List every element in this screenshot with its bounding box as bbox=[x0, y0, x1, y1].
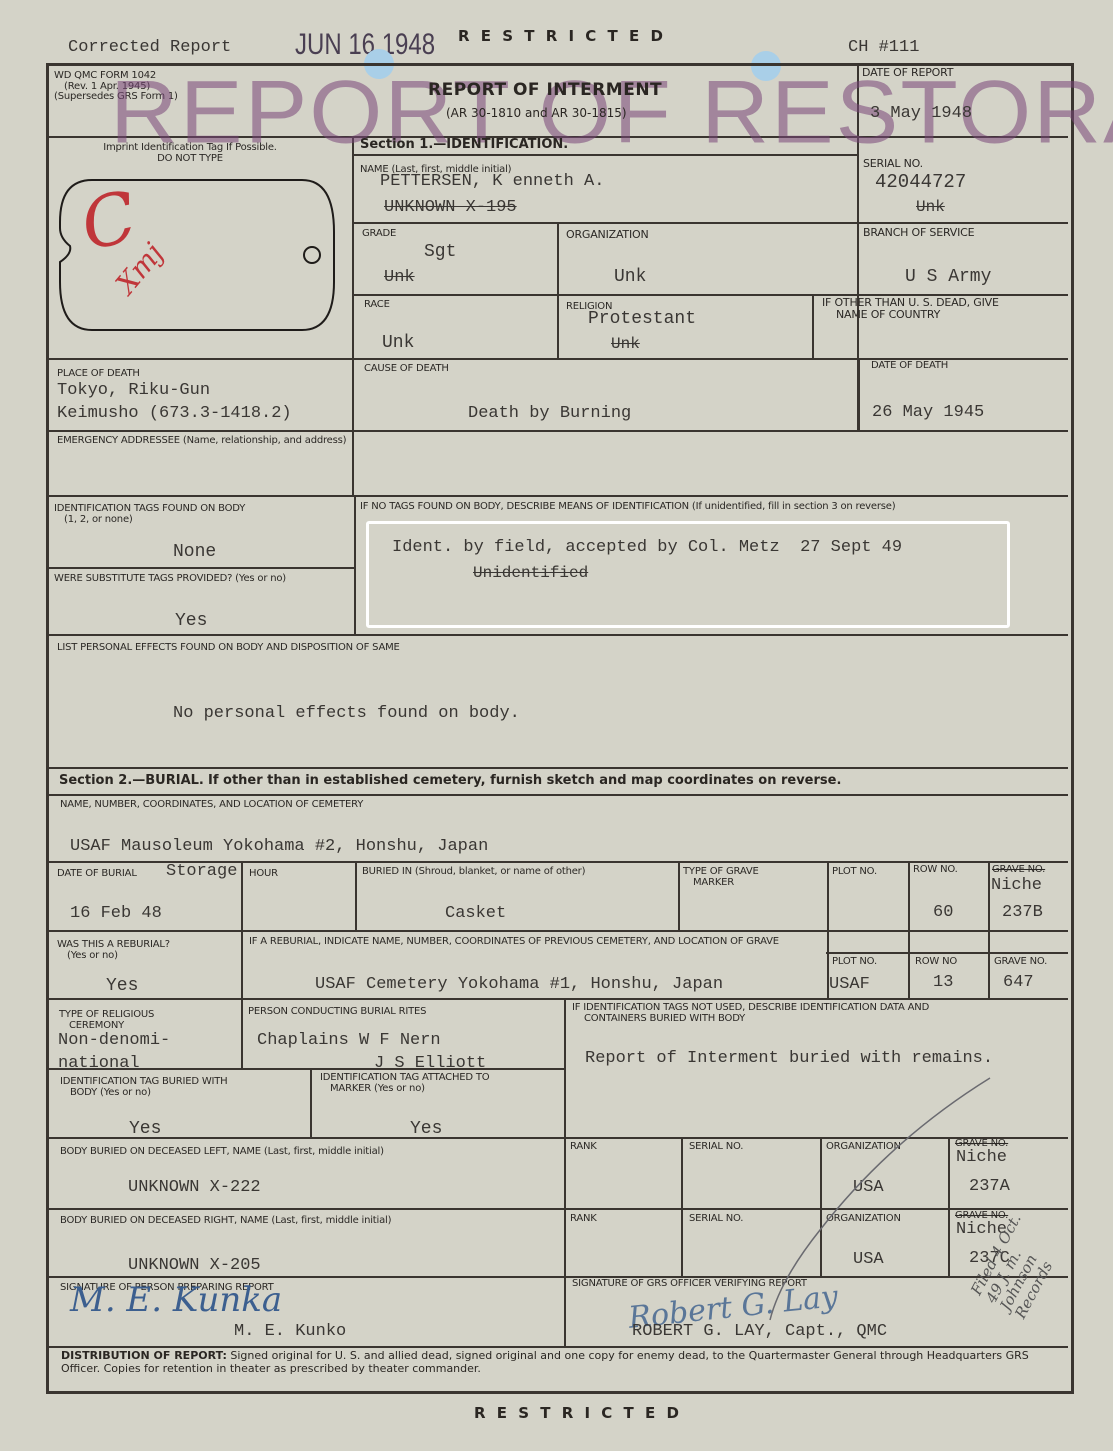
identification-data-label-line2: CONTAINERS BURIED WITH BODY bbox=[572, 1014, 929, 1025]
personal-effects-label: LIST PERSONAL EFFECTS FOUND ON BODY AND … bbox=[57, 643, 400, 654]
grave-marker-label-line2: MARKER bbox=[683, 878, 759, 889]
place-of-death-line2: Keimusho (673.3-1418.2) bbox=[57, 404, 292, 423]
cause-of-death-value: Death by Burning bbox=[468, 404, 631, 423]
grave-marker-label: TYPE OF GRAVE MARKER bbox=[683, 867, 759, 888]
pencil-stroke-mark bbox=[740, 1070, 1000, 1330]
burial-rites-value-line2: J S Elliott bbox=[374, 1054, 486, 1073]
previous-cemetery-label: IF A REBURIAL, INDICATE NAME, NUMBER, CO… bbox=[249, 937, 779, 948]
tag-imprint-label: Imprint Identification Tag If Possible. … bbox=[90, 143, 290, 164]
tag-imprint-instruction: Imprint Identification Tag If Possible. bbox=[90, 143, 290, 154]
foreign-country-label-line2: NAME OF COUNTRY bbox=[822, 309, 999, 321]
buried-in-value: Casket bbox=[445, 904, 506, 923]
tag-marker-value: Yes bbox=[410, 1119, 442, 1139]
tags-found-label-line1: IDENTIFICATION TAGS FOUND ON BODY bbox=[54, 504, 245, 515]
preparer-handwritten-signature: M. E. Kunka bbox=[70, 1280, 282, 1320]
classification-top: R E S T R I C T E D bbox=[458, 27, 666, 45]
tags-found-label-line2: (1, 2, or none) bbox=[54, 515, 245, 526]
burial-rites-label: PERSON CONDUCTING BURIAL RITES bbox=[248, 1007, 426, 1018]
distribution-note: DISTRIBUTION OF REPORT: Signed original … bbox=[61, 1350, 1061, 1375]
section2-heading: Section 2.—BURIAL. bbox=[59, 773, 204, 788]
previous-grave-value: 647 bbox=[1003, 973, 1034, 992]
left-body-name-value: UNKNOWN X-222 bbox=[128, 1178, 261, 1197]
religious-ceremony-label-line2: CEREMONY bbox=[59, 1021, 154, 1032]
right-body-name-label: BODY BURIED ON DECEASED RIGHT, NAME (Las… bbox=[60, 1216, 391, 1227]
previous-row-value: 13 bbox=[933, 973, 953, 992]
identification-data-value: Report of Interment buried with remains. bbox=[585, 1049, 993, 1068]
race-value: Unk bbox=[382, 333, 414, 353]
corrected-report-note: Corrected Report bbox=[68, 38, 231, 57]
means-of-identification-value: Ident. by field, accepted by Col. Metz 2… bbox=[392, 538, 902, 557]
date-of-report-value: 3 May 1948 bbox=[870, 104, 972, 123]
section2-instruction: If other than in established cemetery, f… bbox=[208, 773, 841, 788]
section2-title: Section 2.—BURIAL. If other than in esta… bbox=[59, 773, 841, 788]
branch-value: U S Army bbox=[905, 267, 991, 287]
tag-buried-label: IDENTIFICATION TAG BURIED WITH BODY (Yes… bbox=[60, 1077, 228, 1098]
date-of-report-label: DATE OF REPORT bbox=[862, 67, 953, 79]
reburial-label-line2: (Yes or no) bbox=[57, 951, 170, 962]
section1-title: Section 1.—IDENTIFICATION. bbox=[360, 137, 568, 152]
tag-marker-label-line1: IDENTIFICATION TAG ATTACHED TO bbox=[320, 1073, 489, 1084]
emergency-addressee-label: EMERGENCY ADDRESSEE (Name, relationship,… bbox=[57, 436, 346, 447]
previous-cemetery-value: USAF Cemetery Yokohama #1, Honshu, Japan bbox=[315, 975, 723, 994]
date-of-burial-label: DATE OF BURIAL bbox=[57, 869, 137, 880]
row-value: 60 bbox=[933, 903, 953, 922]
buried-in-label: BURIED IN (Shroud, blanket, or name of o… bbox=[362, 867, 585, 878]
branch-label: BRANCH OF SERVICE bbox=[863, 227, 974, 239]
date-of-burial-value: 16 Feb 48 bbox=[70, 904, 162, 923]
tag-imprint-warning: DO NOT TYPE bbox=[90, 154, 290, 165]
cause-of-death-label: CAUSE OF DEATH bbox=[364, 364, 449, 375]
form-subtitle: (AR 30-1810 and AR 30-1815) bbox=[446, 106, 627, 120]
previous-plot-value: USAF bbox=[829, 975, 870, 994]
grave-marker-label-line1: TYPE OF GRAVE bbox=[683, 867, 759, 878]
date-of-death-value: 26 May 1945 bbox=[872, 403, 984, 422]
grade-label: GRADE bbox=[362, 229, 396, 240]
race-label: RACE bbox=[364, 300, 390, 311]
means-of-identification-label: IF NO TAGS FOUND ON BODY, DESCRIBE MEANS… bbox=[360, 502, 895, 513]
right-body-name-value: UNKNOWN X-205 bbox=[128, 1256, 261, 1275]
cemetery-label: NAME, NUMBER, COORDINATES, AND LOCATION … bbox=[60, 800, 363, 811]
date-of-burial-overtype: Storage bbox=[166, 862, 237, 881]
organization-value: Unk bbox=[614, 267, 646, 287]
grade-struck-value: Unk bbox=[384, 268, 415, 287]
row-label: ROW NO. bbox=[913, 865, 958, 876]
reburial-label: WAS THIS A REBURIAL? (Yes or no) bbox=[57, 940, 170, 961]
identification-data-label: IF IDENTIFICATION TAGS NOT USED, DESCRIB… bbox=[572, 1003, 929, 1024]
grave-label: GRAVE NO. bbox=[992, 865, 1045, 876]
file-number: CH #111 bbox=[848, 38, 919, 57]
right-body-rank-label: RANK bbox=[570, 1214, 597, 1225]
religious-ceremony-value-line2: national bbox=[58, 1054, 140, 1073]
name-struck-value: UNKNOWN X-195 bbox=[384, 198, 517, 217]
religious-ceremony-value-line1: Non-denomi- bbox=[58, 1031, 170, 1050]
left-body-serial-label: SERIAL NO. bbox=[689, 1142, 743, 1153]
place-of-death-label: PLACE OF DEATH bbox=[57, 369, 140, 380]
tag-buried-value: Yes bbox=[129, 1119, 161, 1139]
religion-value: Protestant bbox=[588, 309, 696, 329]
serial-label: SERIAL NO. bbox=[863, 158, 923, 170]
form-title: REPORT OF INTERMENT bbox=[428, 80, 662, 100]
substitute-tags-value: Yes bbox=[175, 611, 207, 631]
personal-effects-value: No personal effects found on body. bbox=[173, 704, 520, 723]
grave-overtype: Niche bbox=[991, 876, 1042, 895]
foreign-country-label: IF OTHER THAN U. S. DEAD, GIVE NAME OF C… bbox=[822, 297, 999, 320]
plot-label: PLOT NO. bbox=[832, 867, 877, 878]
reburial-label-line1: WAS THIS A REBURIAL? bbox=[57, 940, 170, 951]
distribution-label: DISTRIBUTION OF REPORT: bbox=[61, 1349, 227, 1362]
previous-plot-label: PLOT NO. bbox=[832, 957, 877, 968]
tag-buried-label-line2: BODY (Yes or no) bbox=[60, 1088, 228, 1099]
tag-marker-label-line2: MARKER (Yes or no) bbox=[320, 1084, 489, 1095]
identification-data-label-line1: IF IDENTIFICATION TAGS NOT USED, DESCRIB… bbox=[572, 1003, 929, 1014]
tag-marker-label: IDENTIFICATION TAG ATTACHED TO MARKER (Y… bbox=[320, 1073, 489, 1094]
left-body-rank-label: RANK bbox=[570, 1142, 597, 1153]
tags-found-label: IDENTIFICATION TAGS FOUND ON BODY (1, 2,… bbox=[54, 504, 245, 525]
religious-ceremony-label: TYPE OF RELIGIOUS CEREMONY bbox=[59, 1010, 154, 1031]
hour-label: HOUR bbox=[249, 869, 278, 880]
tags-found-value: None bbox=[173, 542, 216, 562]
means-of-identification-struck: Unidentified bbox=[473, 564, 588, 582]
religious-ceremony-label-line1: TYPE OF RELIGIOUS bbox=[59, 1010, 154, 1021]
religion-struck-value: Unk bbox=[611, 335, 640, 353]
name-value: PETTERSEN, K enneth A. bbox=[380, 172, 604, 191]
previous-row-label: ROW NO bbox=[915, 957, 957, 968]
left-body-name-label: BODY BURIED ON DECEASED LEFT, NAME (Last… bbox=[60, 1147, 384, 1158]
substitute-tags-label: WERE SUBSTITUTE TAGS PROVIDED? (Yes or n… bbox=[54, 574, 286, 585]
tag-buried-label-line1: IDENTIFICATION TAG BURIED WITH bbox=[60, 1077, 228, 1088]
preparer-typed-name: M. E. Kunko bbox=[234, 1322, 346, 1341]
grade-value: Sgt bbox=[424, 242, 456, 262]
grave-value: 237B bbox=[1002, 903, 1043, 922]
serial-struck-value: Unk bbox=[916, 198, 945, 216]
place-of-death-line1: Tokyo, Riku-Gun bbox=[57, 381, 210, 400]
serial-value: 42044727 bbox=[875, 171, 966, 193]
burial-rites-value-line1: Chaplains W F Nern bbox=[257, 1031, 441, 1050]
date-of-death-label: DATE OF DEATH bbox=[871, 361, 948, 372]
foreign-country-label-line1: IF OTHER THAN U. S. DEAD, GIVE bbox=[822, 297, 999, 309]
cemetery-value: USAF Mausoleum Yokohama #2, Honshu, Japa… bbox=[70, 837, 488, 856]
organization-label: ORGANIZATION bbox=[566, 229, 648, 241]
right-body-serial-label: SERIAL NO. bbox=[689, 1214, 743, 1225]
previous-grave-label: GRAVE NO. bbox=[994, 957, 1047, 968]
classification-bottom: R E S T R I C T E D bbox=[474, 1404, 682, 1422]
reburial-value: Yes bbox=[106, 976, 138, 996]
